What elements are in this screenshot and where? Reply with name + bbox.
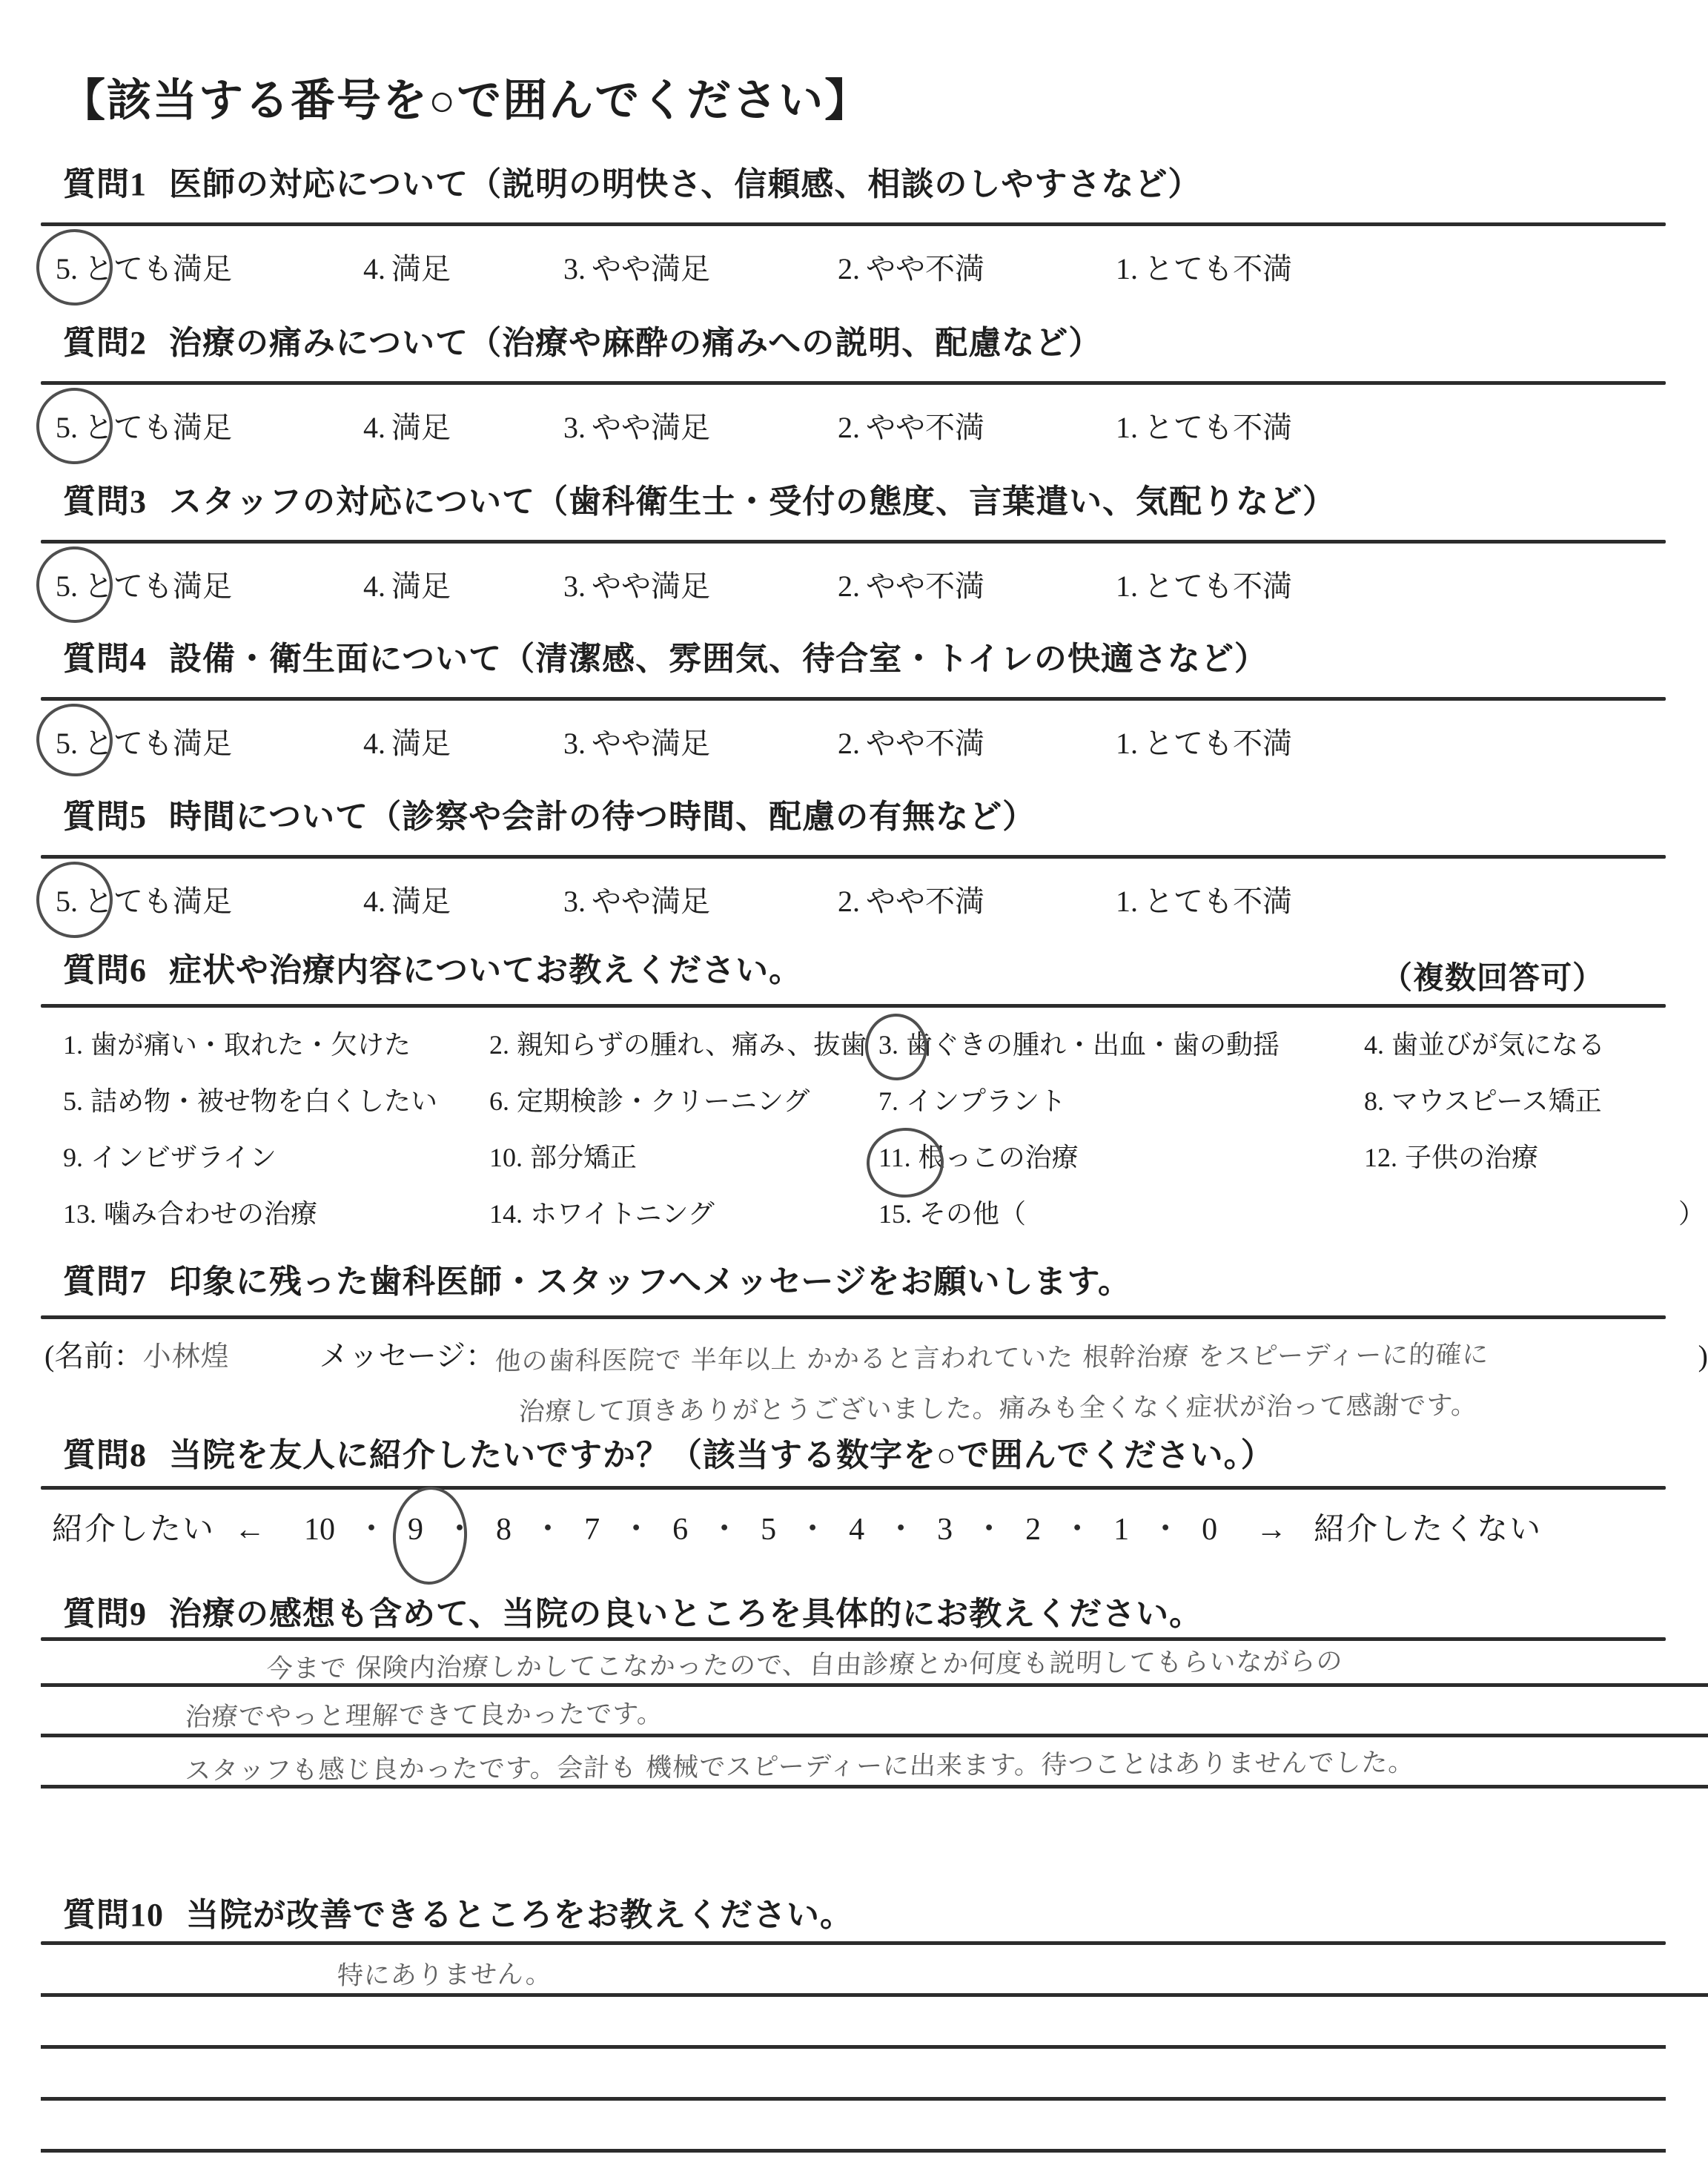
rating-options: 5.とても満足 4.満足 3.やや満足 2.やや不満 1.とても不満 — [56, 878, 1708, 920]
option-label: やや不満 — [866, 411, 984, 444]
question-title: 当院を友人に紹介したいですか？（該当する数字を○で囲んでください。） — [169, 1437, 1274, 1473]
option-number: 3. — [563, 569, 586, 603]
option-label: その他（ — [919, 1199, 1026, 1229]
question-number: 質問1 — [63, 166, 147, 202]
option-number: 2. — [838, 727, 860, 760]
question-number: 質問7 — [63, 1264, 147, 1300]
question-number: 質問6 — [63, 952, 147, 988]
nps-number-5: 5 — [761, 1512, 776, 1548]
question-number: 質問5 — [63, 799, 147, 835]
rating-option-4: 4.満足 — [363, 878, 563, 920]
option-number: 5. — [56, 727, 78, 760]
dot-separator: ・ — [1062, 1505, 1093, 1549]
dot-separator: ・ — [797, 1505, 828, 1549]
handwritten-answer-line1: 今まで 保険内治療しかしてこなかったので、自由診療とか何度も説明してもらいながら… — [266, 1641, 1344, 1685]
rating-options: 5.とても満足 4.満足 3.やや満足 2.やや不満 1.とても不満 — [56, 720, 1708, 762]
question-heading: 質問8当院を友人に紹介したいですか？（該当する数字を○で囲んでください。） — [63, 1436, 1708, 1476]
option-number: 3. — [563, 411, 586, 444]
question-2: 質問2治療の痛みについて（治療や麻酔の痛みへの説明、配慮など） 5.とても満足 … — [0, 323, 1708, 446]
divider-rule — [41, 1004, 1666, 1008]
rating-option-5: 5.とても満足 — [56, 404, 363, 446]
option-number: 1. — [63, 1030, 83, 1060]
dot-separator: ・ — [620, 1505, 652, 1549]
answer-line: 治療でやっと理解できて良かったです。 — [41, 1687, 1708, 1737]
rating-option-3: 3.やや満足 — [563, 404, 838, 446]
answer-line: 特にありません。 — [41, 1945, 1708, 1997]
message-label: メッセージ： — [319, 1332, 495, 1375]
right-arrow-icon: → — [1256, 1512, 1287, 1548]
option-label: とても不満 — [1144, 885, 1292, 918]
option-label: 詰め物・被せ物を白くしたい — [90, 1086, 437, 1116]
question-8: 質問8当院を友人に紹介したいですか？（該当する数字を○で囲んでください。） 紹介… — [0, 1436, 1708, 1549]
option-number: 5. — [63, 1086, 83, 1116]
option-number: 4. — [363, 727, 385, 760]
question-number: 質問3 — [63, 483, 147, 520]
question-title: 設備・衛生面について（清潔感、雰囲気、待合室・トイレの快適さなど） — [169, 641, 1268, 677]
option-label: インビザライン — [90, 1143, 277, 1172]
dot-separator: ・ — [709, 1505, 740, 1549]
rating-option-3: 3.やや満足 — [563, 878, 838, 920]
option-number: 2. — [838, 885, 860, 918]
rating-option-5: 5.とても満足 — [56, 878, 363, 920]
question-heading: 質問4設備・衛生面について（清潔感、雰囲気、待合室・トイレの快適さなど） — [63, 639, 1708, 679]
option-label: 満足 — [391, 411, 451, 444]
dot-separator: ・ — [356, 1505, 387, 1549]
option-number: 2. — [489, 1030, 509, 1060]
question-title: スタッフの対応について（歯科衛生士・受付の態度、言葉遣い、気配りなど） — [169, 483, 1336, 520]
rating-option-2: 2.やや不満 — [838, 563, 1116, 605]
question-number: 質問8 — [63, 1437, 147, 1473]
nps-right-label: 紹介したくない — [1314, 1505, 1542, 1549]
question-heading: 質問1医師の対応について（説明の明快さ、信頼感、相談のしやすさなど） — [63, 165, 1708, 205]
close-paren: ) — [1698, 1338, 1708, 1373]
nps-number-0: 0 — [1202, 1512, 1217, 1548]
dot-separator: ・ — [1150, 1505, 1181, 1549]
option-number: 4. — [363, 252, 385, 285]
question-1: 質問1医師の対応について（説明の明快さ、信頼感、相談のしやすさなど） 5.とても… — [0, 165, 1708, 288]
symptom-option-12: 12.子供の治療 — [1364, 1140, 1708, 1175]
rating-option-4: 4.満足 — [363, 563, 563, 605]
divider-rule — [41, 1315, 1666, 1319]
page-title: 【該当する番号を○で囲んでください】 — [61, 65, 870, 129]
option-number: 4. — [363, 569, 385, 603]
symptom-option-11: 11.根っこの治療 — [878, 1140, 1364, 1175]
question-number: 質問9 — [63, 1596, 147, 1632]
rating-option-2: 2.やや不満 — [838, 720, 1116, 762]
option-number: 15. — [878, 1199, 912, 1229]
handwritten-answer-line3: スタッフも感じ良かったです。会計も 機械でスピーディーに出来ます。待つことはあり… — [185, 1742, 1416, 1788]
nps-number-8: 8 — [496, 1512, 512, 1548]
question-heading: 質問7印象に残った歯科医師・スタッフへメッセージをお願いします。 — [63, 1262, 1708, 1302]
question-9: 質問9治療の感想も含めて、当院の良いところを具体的にお教えください。 今まで 保… — [0, 1594, 1708, 1789]
question-number: 質問4 — [63, 641, 147, 677]
option-number: 1. — [1116, 885, 1138, 918]
rating-option-2: 2.やや不満 — [838, 404, 1116, 446]
option-label: とても満足 — [84, 885, 232, 918]
symptom-option-3: 3.歯ぐきの腫れ・出血・歯の動揺 — [878, 1027, 1364, 1063]
left-arrow-icon: ← — [234, 1512, 265, 1548]
nps-number-3: 3 — [937, 1512, 953, 1548]
option-number: 1. — [1116, 411, 1138, 444]
answer-line — [41, 2101, 1666, 2153]
option-number: 4. — [363, 411, 385, 444]
question-title: 症状や治療内容についてお教えください。 — [169, 952, 802, 988]
option-label: 根っこの治療 — [918, 1143, 1079, 1172]
rating-option-2: 2.やや不満 — [838, 878, 1116, 920]
symptom-option-6: 6.定期検診・クリーニング — [489, 1083, 878, 1119]
question-title: 治療の感想も含めて、当院の良いところを具体的にお教えください。 — [169, 1596, 1202, 1632]
option-label: やや満足 — [592, 252, 710, 285]
option-number: 3. — [563, 252, 586, 285]
option-number: 11. — [878, 1143, 911, 1172]
option-number: 4. — [1364, 1030, 1384, 1060]
nps-number-7: 7 — [584, 1512, 600, 1548]
option-label: やや満足 — [592, 569, 710, 603]
question-heading: 質問5時間について（診察や会計の待つ時間、配慮の有無など） — [63, 797, 1708, 837]
rating-option-5: 5.とても満足 — [56, 245, 363, 288]
handwritten-message-line1: 他の歯科医院で 半年以上 かかると言われていた 根幹治療 をスピーディーに的確に — [494, 1332, 1700, 1378]
divider-rule — [41, 697, 1666, 701]
option-label: とても満足 — [84, 727, 232, 760]
option-label: ホワイトニング — [530, 1199, 715, 1229]
option-number: 10. — [489, 1143, 523, 1172]
option-number: 2. — [838, 569, 860, 603]
option-label: 歯並びが気になる — [1391, 1030, 1605, 1060]
option-number: 4. — [363, 885, 385, 918]
nps-number-6: 6 — [672, 1512, 688, 1548]
question-7: 質問7印象に残った歯科医師・スタッフへメッセージをお願いします。 (名前： 小林… — [0, 1262, 1708, 1425]
divider-rule — [41, 1486, 1666, 1490]
option-number: 5. — [56, 569, 78, 603]
question-number: 質問2 — [63, 325, 147, 361]
symptom-option-10: 10.部分矯正 — [489, 1140, 878, 1175]
message-second-line: 治療して頂きありがとうございました。痛みも全くなく症状が治って感謝です。 — [519, 1388, 1708, 1425]
option-number: 6. — [489, 1086, 509, 1116]
symptom-option-8: 8.マウスピース矯正 — [1364, 1083, 1708, 1119]
nps-number-10: 10 — [304, 1512, 335, 1548]
option-number: 8. — [1364, 1086, 1384, 1116]
rating-option-1: 1.とても不満 — [1116, 720, 1292, 762]
question-title: 医師の対応について（説明の明快さ、信頼感、相談のしやすさなど） — [169, 166, 1201, 202]
rating-option-1: 1.とても不満 — [1116, 245, 1292, 288]
dot-separator: ・ — [885, 1505, 916, 1549]
name-message-line: (名前： 小林煌 メッセージ： 他の歯科医院で 半年以上 かかると言われていた … — [44, 1332, 1708, 1375]
option-label: とても満足 — [84, 252, 232, 285]
rating-option-1: 1.とても不満 — [1116, 878, 1292, 920]
question-title: 当院が改善できるところをお教えください。 — [186, 1897, 853, 1933]
option-label: 子供の治療 — [1405, 1143, 1538, 1172]
handwritten-message-line2: 治療して頂きありがとうございました。痛みも全くなく症状が治って感謝です。 — [518, 1384, 1479, 1428]
option-number: 1. — [1116, 727, 1138, 760]
rating-option-4: 4.満足 — [363, 245, 563, 288]
option-number: 13. — [63, 1199, 96, 1229]
option-number: 9 — [408, 1513, 423, 1547]
answer-line: 今まで 保険内治療しかしてこなかったので、自由診療とか何度も説明してもらいながら… — [41, 1641, 1708, 1687]
option-label: 歯が痛い・取れた・欠けた — [90, 1030, 411, 1060]
option-number: 3. — [563, 885, 586, 918]
question-title: 印象に残った歯科医師・スタッフへメッセージをお願いします。 — [169, 1264, 1131, 1300]
option-number: 5. — [56, 411, 78, 444]
answer-line — [41, 2049, 1666, 2101]
option-label: とても満足 — [84, 411, 232, 444]
nps-scale: 紹介したい ← 10 ・ 9 ・ 8 ・ 7 ・ 6 ・ 5 ・ 4 ・ 3 ・… — [52, 1505, 1708, 1549]
symptom-options: 1.歯が痛い・取れた・欠けた 2.親知らずの腫れ、痛み、抜歯 3.歯ぐきの腫れ・… — [63, 1027, 1708, 1232]
option-number: 1. — [1116, 569, 1138, 603]
dot-separator: ・ — [444, 1505, 475, 1549]
rating-option-1: 1.とても不満 — [1116, 563, 1292, 605]
nps-number-9: 9 — [408, 1512, 423, 1548]
divider-rule — [41, 855, 1666, 859]
handwritten-answer: 特にありません。 — [337, 1954, 553, 1992]
option-label: 満足 — [391, 569, 451, 603]
dot-separator: ・ — [532, 1505, 563, 1549]
rating-option-1: 1.とても不満 — [1116, 404, 1292, 446]
question-5: 質問5時間について（診察や会計の待つ時間、配慮の有無など） 5.とても満足 4.… — [0, 797, 1708, 920]
option-label: やや満足 — [592, 885, 710, 918]
name-label: (名前： — [44, 1332, 143, 1375]
rating-option-4: 4.満足 — [363, 720, 563, 762]
question-10: 質問10当院が改善できるところをお教えください。 特にありません。 — [0, 1895, 1708, 2153]
other-close-paren: ） — [1364, 1196, 1708, 1232]
option-number: 5. — [56, 885, 78, 918]
rating-options: 5.とても満足 4.満足 3.やや満足 2.やや不満 1.とても不満 — [56, 245, 1708, 288]
question-title: 治療の痛みについて（治療や麻酔の痛みへの説明、配慮など） — [169, 325, 1102, 361]
rating-option-3: 3.やや満足 — [563, 563, 838, 605]
option-label: 満足 — [391, 252, 451, 285]
answer-line: スタッフも感じ良かったです。会計も 機械でスピーディーに出来ます。待つことはあり… — [41, 1737, 1708, 1789]
option-number: 12. — [1364, 1143, 1397, 1172]
question-4: 質問4設備・衛生面について（清潔感、雰囲気、待合室・トイレの快適さなど） 5.と… — [0, 639, 1708, 762]
rating-option-3: 3.やや満足 — [563, 245, 838, 288]
rating-options: 5.とても満足 4.満足 3.やや満足 2.やや不満 1.とても不満 — [56, 404, 1708, 446]
option-number: 14. — [489, 1199, 523, 1229]
handwritten-answer-line2: 治療でやっと理解できて良かったです。 — [185, 1694, 665, 1734]
question-3: 質問3スタッフの対応について（歯科衛生士・受付の態度、言葉遣い、気配りなど） 5… — [0, 482, 1708, 605]
option-label: 歯ぐきの腫れ・出血・歯の動揺 — [906, 1030, 1280, 1060]
option-label: 定期検診・クリーニング — [517, 1086, 810, 1116]
option-label: やや不満 — [866, 885, 984, 918]
answer-line — [41, 1997, 1666, 2049]
symptom-option-1: 1.歯が痛い・取れた・欠けた — [63, 1027, 489, 1063]
option-label: とても不満 — [1144, 569, 1292, 603]
handwritten-name: 小林煌 — [142, 1333, 231, 1375]
option-number: 5. — [56, 252, 78, 285]
option-number: 9. — [63, 1143, 83, 1172]
nps-number-4: 4 — [849, 1512, 864, 1548]
option-label: やや不満 — [866, 727, 984, 760]
question-heading: 質問10当院が改善できるところをお教えください。 — [63, 1895, 1708, 1935]
dot-separator: ・ — [973, 1505, 1004, 1549]
nps-left-label: 紹介したい — [52, 1505, 215, 1549]
divider-rule — [41, 540, 1666, 544]
symptom-option-14: 14.ホワイトニング — [489, 1196, 878, 1232]
option-label: やや満足 — [592, 727, 710, 760]
symptom-option-5: 5.詰め物・被せ物を白くしたい — [63, 1083, 489, 1119]
divider-rule — [41, 222, 1666, 226]
option-label: やや不満 — [866, 569, 984, 603]
option-number: 2. — [838, 252, 860, 285]
option-number: 3. — [563, 727, 586, 760]
rating-option-3: 3.やや満足 — [563, 720, 838, 762]
symptom-option-13: 13.噛み合わせの治療 — [63, 1196, 489, 1232]
option-label: マウスピース矯正 — [1391, 1086, 1602, 1116]
option-label: 親知らずの腫れ、痛み、抜歯 — [517, 1030, 867, 1060]
symptom-option-7: 7.インプラント — [878, 1083, 1364, 1119]
question-number: 質問10 — [63, 1897, 164, 1933]
option-label: インプラント — [906, 1086, 1066, 1116]
divider-rule — [41, 381, 1666, 385]
question-heading: 質問9治療の感想も含めて、当院の良いところを具体的にお教えください。 — [63, 1594, 1708, 1634]
question-6: 質問6症状や治療内容についてお教えください。 （複数回答可） 1.歯が痛い・取れ… — [0, 951, 1708, 1232]
nps-number-1: 1 — [1113, 1512, 1129, 1548]
option-label: 部分矯正 — [530, 1143, 637, 1172]
rating-option-5: 5.とても満足 — [56, 720, 363, 762]
option-label: とても不満 — [1144, 411, 1292, 444]
option-label: とても不満 — [1144, 252, 1292, 285]
option-number: 1. — [1116, 252, 1138, 285]
option-label: 満足 — [391, 885, 451, 918]
symptom-option-2: 2.親知らずの腫れ、痛み、抜歯 — [489, 1027, 878, 1063]
option-number: 2. — [838, 411, 860, 444]
question-title: 時間について（診察や会計の待つ時間、配慮の有無など） — [169, 799, 1036, 835]
option-label: とても満足 — [84, 569, 232, 603]
option-label: 噛み合わせの治療 — [104, 1199, 317, 1229]
question-heading: 質問3スタッフの対応について（歯科衛生士・受付の態度、言葉遣い、気配りなど） — [63, 482, 1708, 522]
option-number: 7. — [878, 1086, 898, 1116]
symptom-option-15: 15.その他（ — [878, 1196, 1364, 1232]
rating-option-5: 5.とても満足 — [56, 563, 363, 605]
symptom-option-9: 9.インビザライン — [63, 1140, 489, 1175]
question-heading: 質問2治療の痛みについて（治療や麻酔の痛みへの説明、配慮など） — [63, 323, 1708, 363]
option-label: とても不満 — [1144, 727, 1292, 760]
option-label: 満足 — [391, 727, 451, 760]
option-label: やや不満 — [866, 252, 984, 285]
rating-option-4: 4.満足 — [363, 404, 563, 446]
option-number: 3. — [878, 1030, 898, 1060]
symptom-option-4: 4.歯並びが気になる — [1364, 1027, 1708, 1063]
nps-number-2: 2 — [1025, 1512, 1041, 1548]
rating-option-2: 2.やや不満 — [838, 245, 1116, 288]
rating-options: 5.とても満足 4.満足 3.やや満足 2.やや不満 1.とても不満 — [56, 563, 1708, 605]
option-label: やや満足 — [592, 411, 710, 444]
multi-answer-note: （複数回答可） — [1381, 954, 1604, 998]
